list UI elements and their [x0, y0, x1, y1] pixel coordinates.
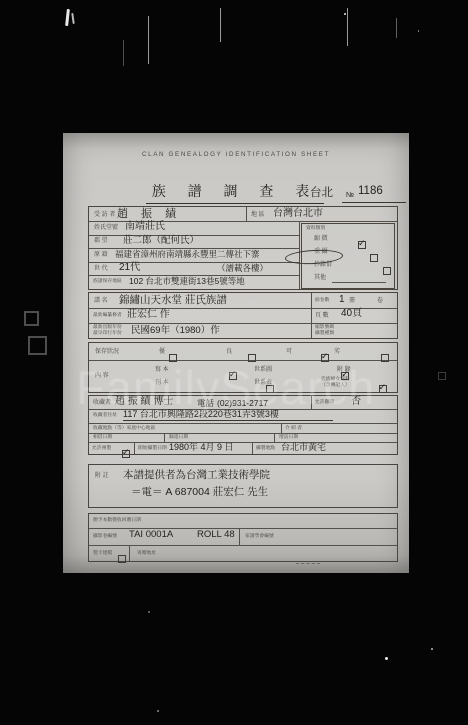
notes-label: 附 註	[95, 473, 109, 480]
microfilm-no-label-line2: 攝製種類	[315, 331, 334, 336]
other-blank-line	[332, 282, 386, 283]
junwang-label: 郡 望	[94, 238, 108, 245]
material-option-reshoot: 重 攝	[314, 249, 328, 256]
generations-note: （譜載各樓）	[217, 264, 268, 273]
material-option-microfilm: 縮 微	[314, 236, 328, 243]
reshoot-checkbox	[370, 254, 378, 262]
material-option-other: 其他	[314, 275, 326, 282]
preserve-area-label: 族譜保存地區	[93, 279, 122, 284]
pen-mark	[296, 563, 320, 564]
notes-table: 附 註 本譜提供者為台灣工業技術學院 ＝電＝ A 687004 莊宏仁 先生	[88, 464, 398, 508]
clan-value: 南靖莊氏	[125, 222, 165, 232]
origin-value: 福建省漳州府南靖縣永豐里二傳社下寨	[115, 250, 260, 259]
material-type-box: 資料類別 縮 微 ✓ 重 攝 抄錄借 其他	[301, 223, 395, 289]
film-edge-mark	[65, 9, 70, 26]
microfilm-no-label-line1: 縮影號碼	[315, 325, 334, 330]
publish-year-label-line2: 最早印行年份	[93, 331, 122, 336]
card-filing-checkbox	[118, 555, 126, 563]
return-date-label: 歸還日期	[169, 435, 188, 440]
filming-place: 台北市黃宅	[281, 443, 326, 452]
borrow-date-label: 相借日期	[93, 435, 112, 440]
dust-speck	[418, 30, 419, 32]
area-label: 地 區	[251, 212, 265, 219]
pen-underline	[342, 202, 406, 203]
interviewee-table: 受 訪 者 趙 振 績 地 區 台灣台北市 姓氏堂號 南靖莊氏 郡 望 莊二郎（…	[88, 206, 398, 290]
condition-excellent: 優	[159, 349, 165, 356]
pages-value: 40頁	[341, 309, 362, 319]
film-registration-mark	[28, 336, 47, 355]
material-option-copy: 抄錄借	[314, 262, 332, 269]
volumes-label: 冊卷數	[315, 298, 329, 303]
title-label: 譜 名	[94, 298, 108, 305]
book-info-table: 譜 名 錦繡山天水堂 莊氏族譜 冊卷數 1 冊 卷 最新編纂修者 莊宏仁 作 頁…	[88, 292, 398, 339]
generations-label: 世 代	[94, 266, 108, 273]
dust-speck	[344, 13, 346, 15]
condition-good: 良	[226, 349, 232, 356]
preserve-area-value: 102 台北市雙連街13巷5號等地	[129, 277, 245, 286]
city-entry: 台北	[310, 188, 333, 200]
dust-speck	[148, 611, 150, 613]
film-scratch	[220, 8, 221, 42]
introducer-label: 介 紹 者	[285, 426, 302, 431]
interviewee-label: 受 訪 者	[94, 212, 115, 219]
printed-sheet-title: CLAN GENEALOGY IDENTIFICATION SHEET	[63, 151, 409, 158]
familysearch-watermark: FamilySearch	[76, 360, 375, 415]
gift-copies-label: 贈予本數暨收回贈日期	[93, 518, 141, 523]
dust-speck	[157, 710, 159, 712]
volumes-value: 1	[339, 295, 345, 305]
publish-year-label-line1: 最新出版年份	[93, 325, 122, 330]
copy-checkbox	[383, 267, 391, 275]
number-prefix: №	[346, 191, 354, 199]
society-number-label: 家譜學會編號	[245, 534, 274, 539]
condition-poor: 劣	[334, 349, 340, 356]
filming-date-label: 開始攝製日期	[138, 446, 167, 451]
material-title: 資料類別	[306, 226, 325, 231]
condition-label: 保存狀況	[95, 349, 119, 356]
junwang-value: 莊二郎（配何氏）	[123, 236, 199, 246]
filming-date: 1980年 4月 9 日	[169, 443, 234, 452]
film-registration-mark	[24, 311, 39, 326]
film-scratch	[347, 8, 348, 46]
publish-year-value: 民國69年（1980）作	[131, 326, 220, 336]
filming-place-label: 攝製地點	[256, 446, 275, 451]
condition-poor-checkbox	[381, 354, 389, 362]
condition-fair: 可	[286, 349, 292, 356]
archive-table: 贈予本數暨收回贈日期 攝影卷編號 TAI 0001A ROLL 48 家譜學會編…	[88, 513, 398, 562]
volumes-units: 冊 卷	[349, 298, 391, 305]
appendix-checkbox	[438, 372, 446, 380]
collection-place-label: 收藏地點（等）家庭中心地區	[93, 426, 155, 431]
pen-underline	[123, 420, 333, 421]
interviewee-name: 趙 振 績	[117, 209, 181, 220]
film-edge-mark	[71, 13, 75, 24]
film-roll-label: 攝影卷編號	[93, 534, 117, 539]
clan-label: 姓氏堂號	[94, 225, 118, 232]
dust-speck	[431, 648, 433, 650]
dust-speck	[385, 657, 388, 660]
film-number: TAI 0001A	[129, 530, 173, 540]
genealogy-title: 錦繡山天水堂 莊氏族譜	[119, 295, 227, 306]
editor-value: 莊宏仁 作	[127, 310, 170, 320]
microfilm-frame: CLAN GENEALOGY IDENTIFICATION SHEET 族 譜 …	[0, 0, 468, 725]
film-scratch	[148, 16, 149, 64]
film-scratch	[123, 40, 124, 66]
sheet-number: 1186	[358, 186, 383, 198]
copy-permit-checkbox: ✓	[122, 450, 130, 458]
generations-value: 21代	[119, 263, 140, 273]
area-value: 台灣台北市	[273, 209, 323, 219]
roll-number: ROLL 48	[197, 530, 235, 540]
pages-label: 頁 數	[315, 313, 329, 320]
origin-label: 原 籍	[94, 252, 108, 259]
copy-permit-label: 允許複製	[92, 446, 111, 451]
microfilm-checkbox: ✓	[358, 241, 366, 249]
notes-line1: 本譜提供者為台灣工業技術學院	[123, 470, 270, 481]
revisit-date-label: 增訪日期	[279, 435, 298, 440]
pedigree-table-checkbox: ✓	[379, 385, 387, 393]
mailing-address-label: 寄贈地址	[137, 551, 156, 556]
notes-line2: ＝電＝ A 687004 莊宏仁 先生	[131, 487, 268, 498]
editor-label: 最新編纂修者	[93, 313, 122, 318]
film-scratch	[396, 18, 397, 38]
form-title: 族 譜 調 查 表	[146, 181, 324, 204]
card-filing-label: 製卡建檔	[93, 551, 112, 556]
